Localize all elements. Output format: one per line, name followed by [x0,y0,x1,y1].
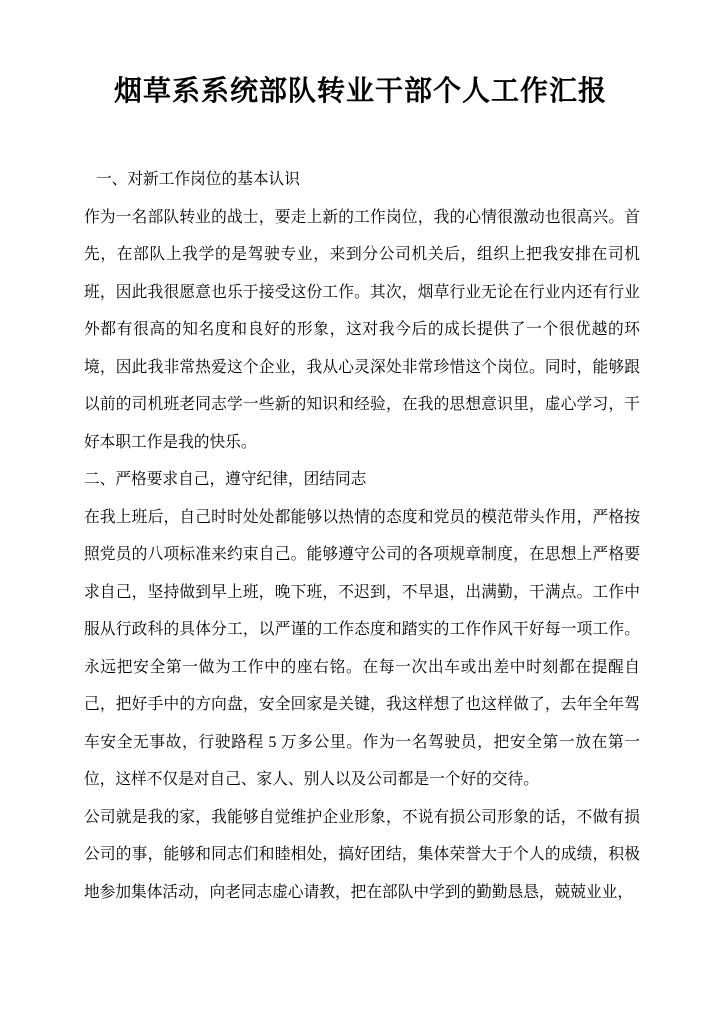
paragraph: 在我上班后，自己时时处处都能够以热情的态度和党员的模范带头作用，严格按照党员的八… [84,499,640,799]
section-heading-1: 一、对新工作岗位的基本认识 [84,161,640,199]
document-body: 一、对新工作岗位的基本认识 作为一名部队转业的战士，要走上新的工作岗位，我的心情… [84,161,640,911]
document-page: 烟草系系统部队转业干部个人工作汇报 一、对新工作岗位的基本认识 作为一名部队转业… [0,0,721,1020]
paragraph: 公司就是我的家，我能够自觉维护企业形象，不说有损公司形象的话，不做有损公司的事，… [84,799,640,912]
section-heading-2: 二、严格要求自己，遵守纪律，团结同志 [84,461,640,499]
document-title: 烟草系系统部队转业干部个人工作汇报 [40,72,681,112]
paragraph: 作为一名部队转业的战士，要走上新的工作岗位，我的心情很激动也很高兴。首先，在部队… [84,199,640,462]
